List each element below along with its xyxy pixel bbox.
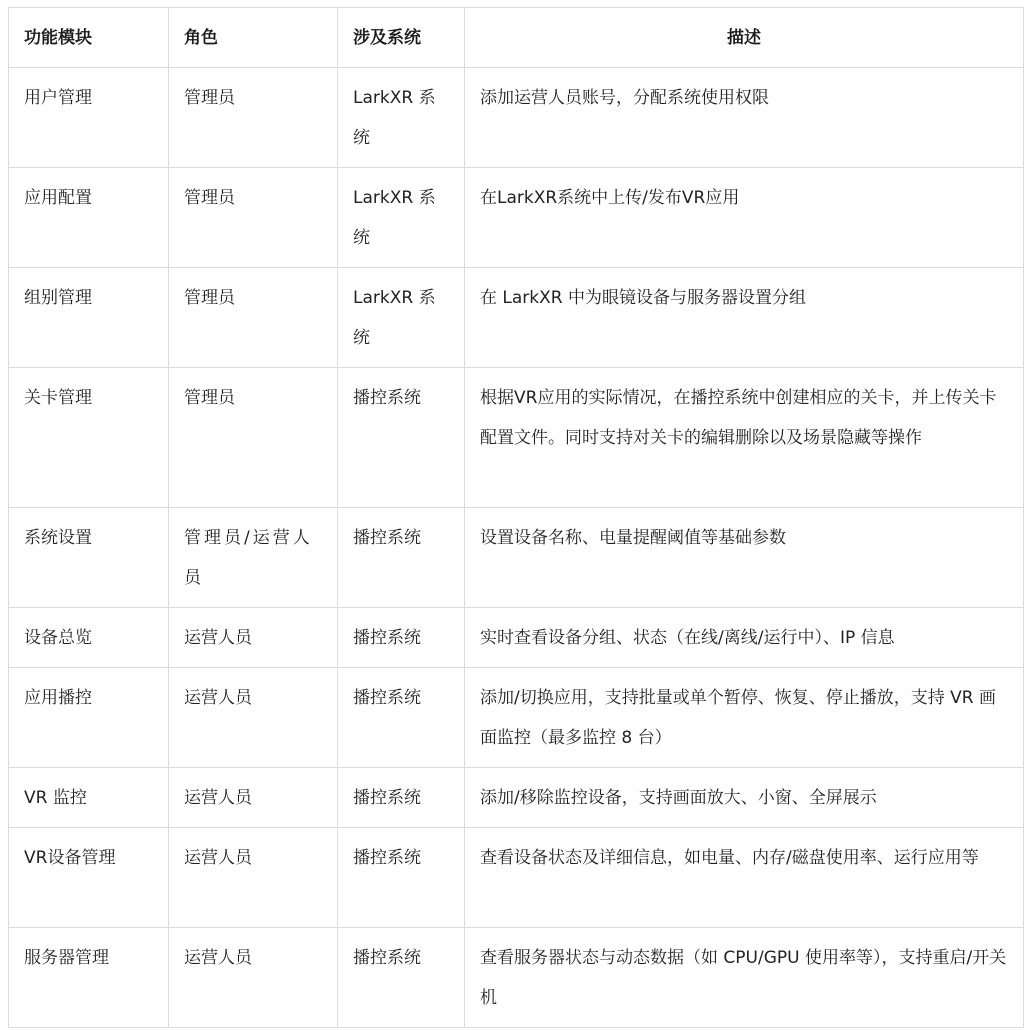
- cell-module: 服务器管理: [9, 928, 169, 1028]
- cell-role: 运营人员: [169, 928, 338, 1028]
- cell-role: 运营人员: [169, 608, 338, 668]
- cell-role: 运营人员: [169, 668, 338, 768]
- cell-system: LarkXR 系统: [338, 268, 465, 368]
- cell-module: 组别管理: [9, 268, 169, 368]
- cell-description: 添加/移除监控设备，支持画面放大、小窗、全屏展示: [465, 768, 1024, 828]
- cell-role: 管理员/运营人员: [169, 508, 338, 608]
- table-header-row: 功能模块 角色 涉及系统 描述: [9, 8, 1024, 68]
- table-row: VR设备管理 运营人员 播控系统 查看设备状态及详细信息，如电量、内存/磁盘使用…: [9, 828, 1024, 928]
- header-role: 角色: [169, 8, 338, 68]
- cell-system: 播控系统: [338, 368, 465, 508]
- header-module: 功能模块: [9, 8, 169, 68]
- cell-role: 运营人员: [169, 768, 338, 828]
- cell-system: LarkXR 系统: [338, 168, 465, 268]
- cell-role: 管理员: [169, 168, 338, 268]
- table-row: 应用播控 运营人员 播控系统 添加/切换应用，支持批量或单个暂停、恢复、停止播放…: [9, 668, 1024, 768]
- cell-system: 播控系统: [338, 608, 465, 668]
- cell-role: 管理员: [169, 368, 338, 508]
- table-row: 服务器管理 运营人员 播控系统 查看服务器状态与动态数据（如 CPU/GPU 使…: [9, 928, 1024, 1028]
- header-system: 涉及系统: [338, 8, 465, 68]
- cell-module: 设备总览: [9, 608, 169, 668]
- cell-description: 在LarkXR系统中上传/发布VR应用: [465, 168, 1024, 268]
- cell-role: 运营人员: [169, 828, 338, 928]
- cell-description: 添加/切换应用，支持批量或单个暂停、恢复、停止播放，支持 VR 画面监控（最多监…: [465, 668, 1024, 768]
- cell-system: 播控系统: [338, 828, 465, 928]
- cell-module: 关卡管理: [9, 368, 169, 508]
- cell-description: 查看设备状态及详细信息，如电量、内存/磁盘使用率、运行应用等: [465, 828, 1024, 928]
- cell-system: 播控系统: [338, 508, 465, 608]
- table-row: VR 监控 运营人员 播控系统 添加/移除监控设备，支持画面放大、小窗、全屏展示: [9, 768, 1024, 828]
- table-row: 系统设置 管理员/运营人员 播控系统 设置设备名称、电量提醒阈值等基础参数: [9, 508, 1024, 608]
- cell-description: 设置设备名称、电量提醒阈值等基础参数: [465, 508, 1024, 608]
- cell-module: 应用配置: [9, 168, 169, 268]
- cell-module: 系统设置: [9, 508, 169, 608]
- table-row: 设备总览 运营人员 播控系统 实时查看设备分组、状态（在线/离线/运行中）、IP…: [9, 608, 1024, 668]
- cell-system: LarkXR 系统: [338, 68, 465, 168]
- cell-role: 管理员: [169, 68, 338, 168]
- cell-system: 播控系统: [338, 928, 465, 1028]
- cell-module: 用户管理: [9, 68, 169, 168]
- cell-description: 添加运营人员账号，分配系统使用权限: [465, 68, 1024, 168]
- cell-description: 实时查看设备分组、状态（在线/离线/运行中）、IP 信息: [465, 608, 1024, 668]
- cell-description: 查看服务器状态与动态数据（如 CPU/GPU 使用率等），支持重启/开关机: [465, 928, 1024, 1028]
- header-description: 描述: [465, 8, 1024, 68]
- feature-module-table: 功能模块 角色 涉及系统 描述 用户管理 管理员 LarkXR 系统 添加运营人…: [8, 7, 1024, 1028]
- cell-role: 管理员: [169, 268, 338, 368]
- table-row: 组别管理 管理员 LarkXR 系统 在 LarkXR 中为眼镜设备与服务器设置…: [9, 268, 1024, 368]
- cell-module: 应用播控: [9, 668, 169, 768]
- table-row: 应用配置 管理员 LarkXR 系统 在LarkXR系统中上传/发布VR应用: [9, 168, 1024, 268]
- cell-description: 在 LarkXR 中为眼镜设备与服务器设置分组: [465, 268, 1024, 368]
- cell-system: 播控系统: [338, 768, 465, 828]
- table-row: 用户管理 管理员 LarkXR 系统 添加运营人员账号，分配系统使用权限: [9, 68, 1024, 168]
- cell-description: 根据VR应用的实际情况，在播控系统中创建相应的关卡，并上传关卡配置文件。同时支持…: [465, 368, 1024, 508]
- cell-system: 播控系统: [338, 668, 465, 768]
- cell-module: VR 监控: [9, 768, 169, 828]
- table-row: 关卡管理 管理员 播控系统 根据VR应用的实际情况，在播控系统中创建相应的关卡，…: [9, 368, 1024, 508]
- cell-module: VR设备管理: [9, 828, 169, 928]
